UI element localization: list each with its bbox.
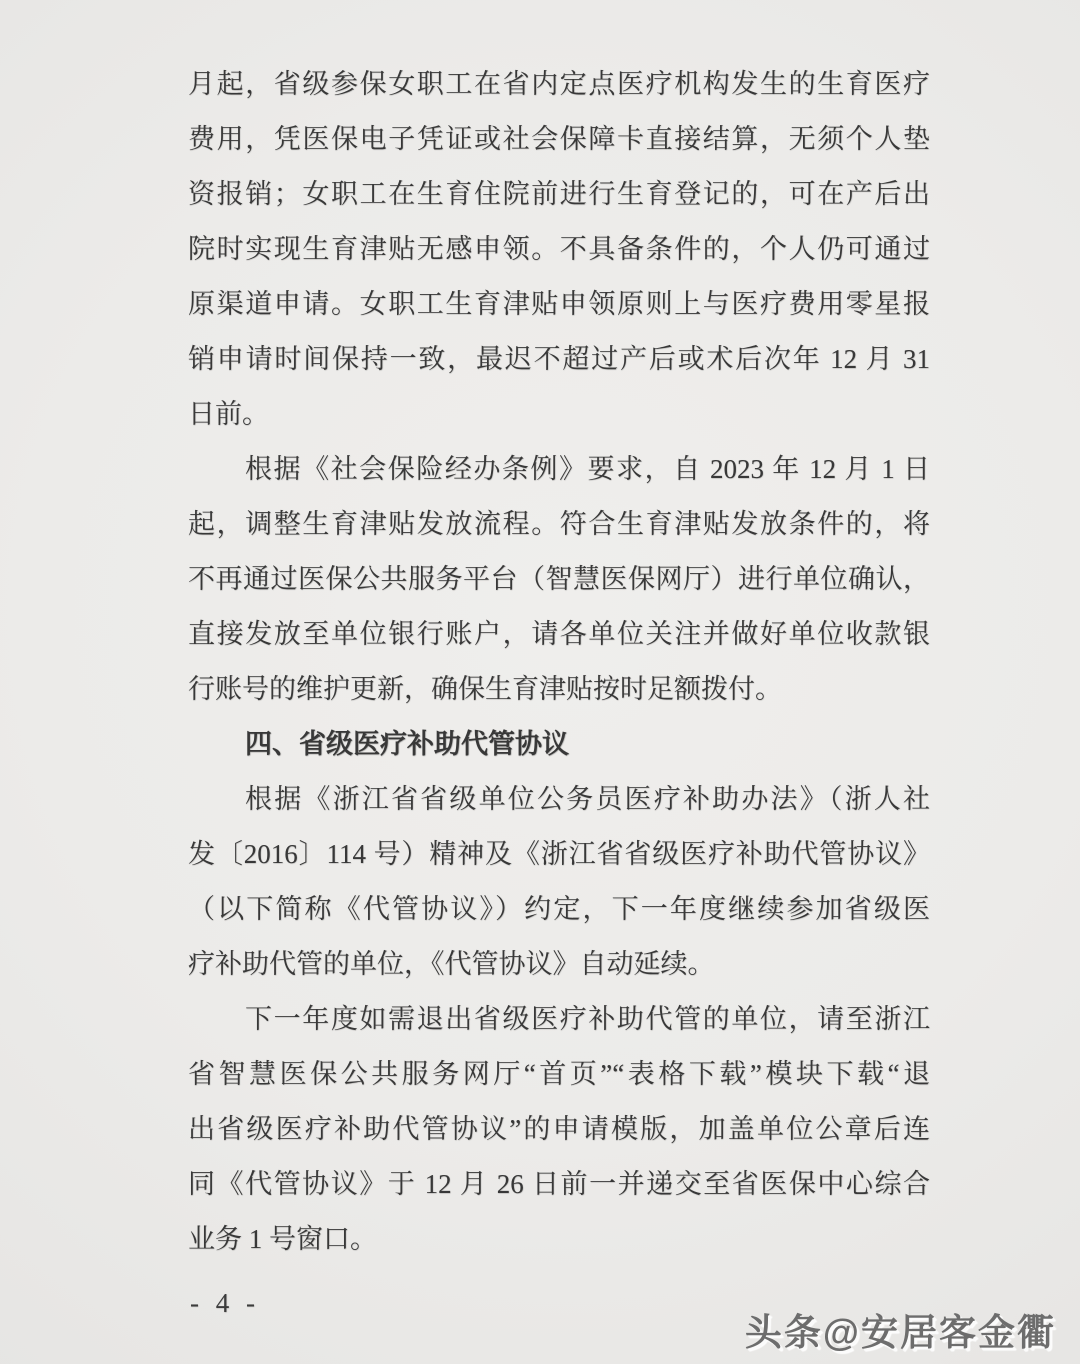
text-line: 直接发放至单位银行账户，请各单位关注并做好单位收款银: [188, 607, 930, 662]
text-line: 不再通过医保公共服务平台（智慧医保网厅）进行单位确认，: [188, 552, 930, 607]
document-page: 月起，省级参保女职工在省内定点医疗机构发生的生育医疗费用，凭医保电子凭证或社会保…: [0, 0, 1080, 1364]
text-line: 出省级医疗补助代管协议”的申请模版，加盖单位公章后连: [188, 1102, 930, 1157]
watermark-toutiao: 头条@安居客金衢: [745, 1302, 1056, 1356]
text-line: 资报销；女职工在生育住院前进行生育登记的，可在产后出: [188, 167, 930, 222]
page-number: - 4 -: [190, 1281, 260, 1325]
text-line: 业务 1 号窗口。: [188, 1212, 930, 1267]
text-line: 省智慧医保公共服务网厅“首页”“表格下载”模块下载“退: [188, 1047, 930, 1102]
text-line: 行账号的维护更新，确保生育津贴按时足额拨付。: [188, 662, 930, 717]
text-line: 疗补助代管的单位，《代管协议》自动延续。: [188, 937, 930, 992]
text-line: 起，调整生育津贴发放流程。符合生育津贴发放条件的，将: [188, 497, 930, 552]
text-line: 同《代管协议》于 12 月 26 日前一并递交至省医保中心综合: [188, 1157, 930, 1212]
text-line: 销申请时间保持一致，最迟不超过产后或术后次年 12 月 31: [188, 332, 930, 387]
text-line: 日前。: [188, 387, 930, 442]
text-line: 下一年度如需退出省级医疗补助代管的单位，请至浙江: [188, 992, 930, 1047]
text-line: 月起，省级参保女职工在省内定点医疗机构发生的生育医疗: [188, 57, 930, 112]
text-line: 院时实现生育津贴无感申领。不具备条件的，个人仍可通过: [188, 222, 930, 277]
text-line: 发〔2016〕114 号）精神及《浙江省省级医疗补助代管协议》: [188, 827, 930, 882]
text-line: 根据《社会保险经办条例》要求，自 2023 年 12 月 1 日: [188, 442, 930, 497]
section-heading: 四、省级医疗补助代管协议: [188, 717, 930, 772]
text-line: 根据《浙江省省级单位公务员医疗补助办法》（浙人社: [188, 772, 930, 827]
text-line: （以下简称《代管协议》）约定，下一年度继续参加省级医: [188, 882, 930, 937]
text-line: 原渠道申请。女职工生育津贴申领原则上与医疗费用零星报: [188, 277, 930, 332]
document-body: 月起，省级参保女职工在省内定点医疗机构发生的生育医疗费用，凭医保电子凭证或社会保…: [188, 57, 930, 1267]
text-line: 费用，凭医保电子凭证或社会保障卡直接结算，无须个人垫: [188, 112, 930, 167]
